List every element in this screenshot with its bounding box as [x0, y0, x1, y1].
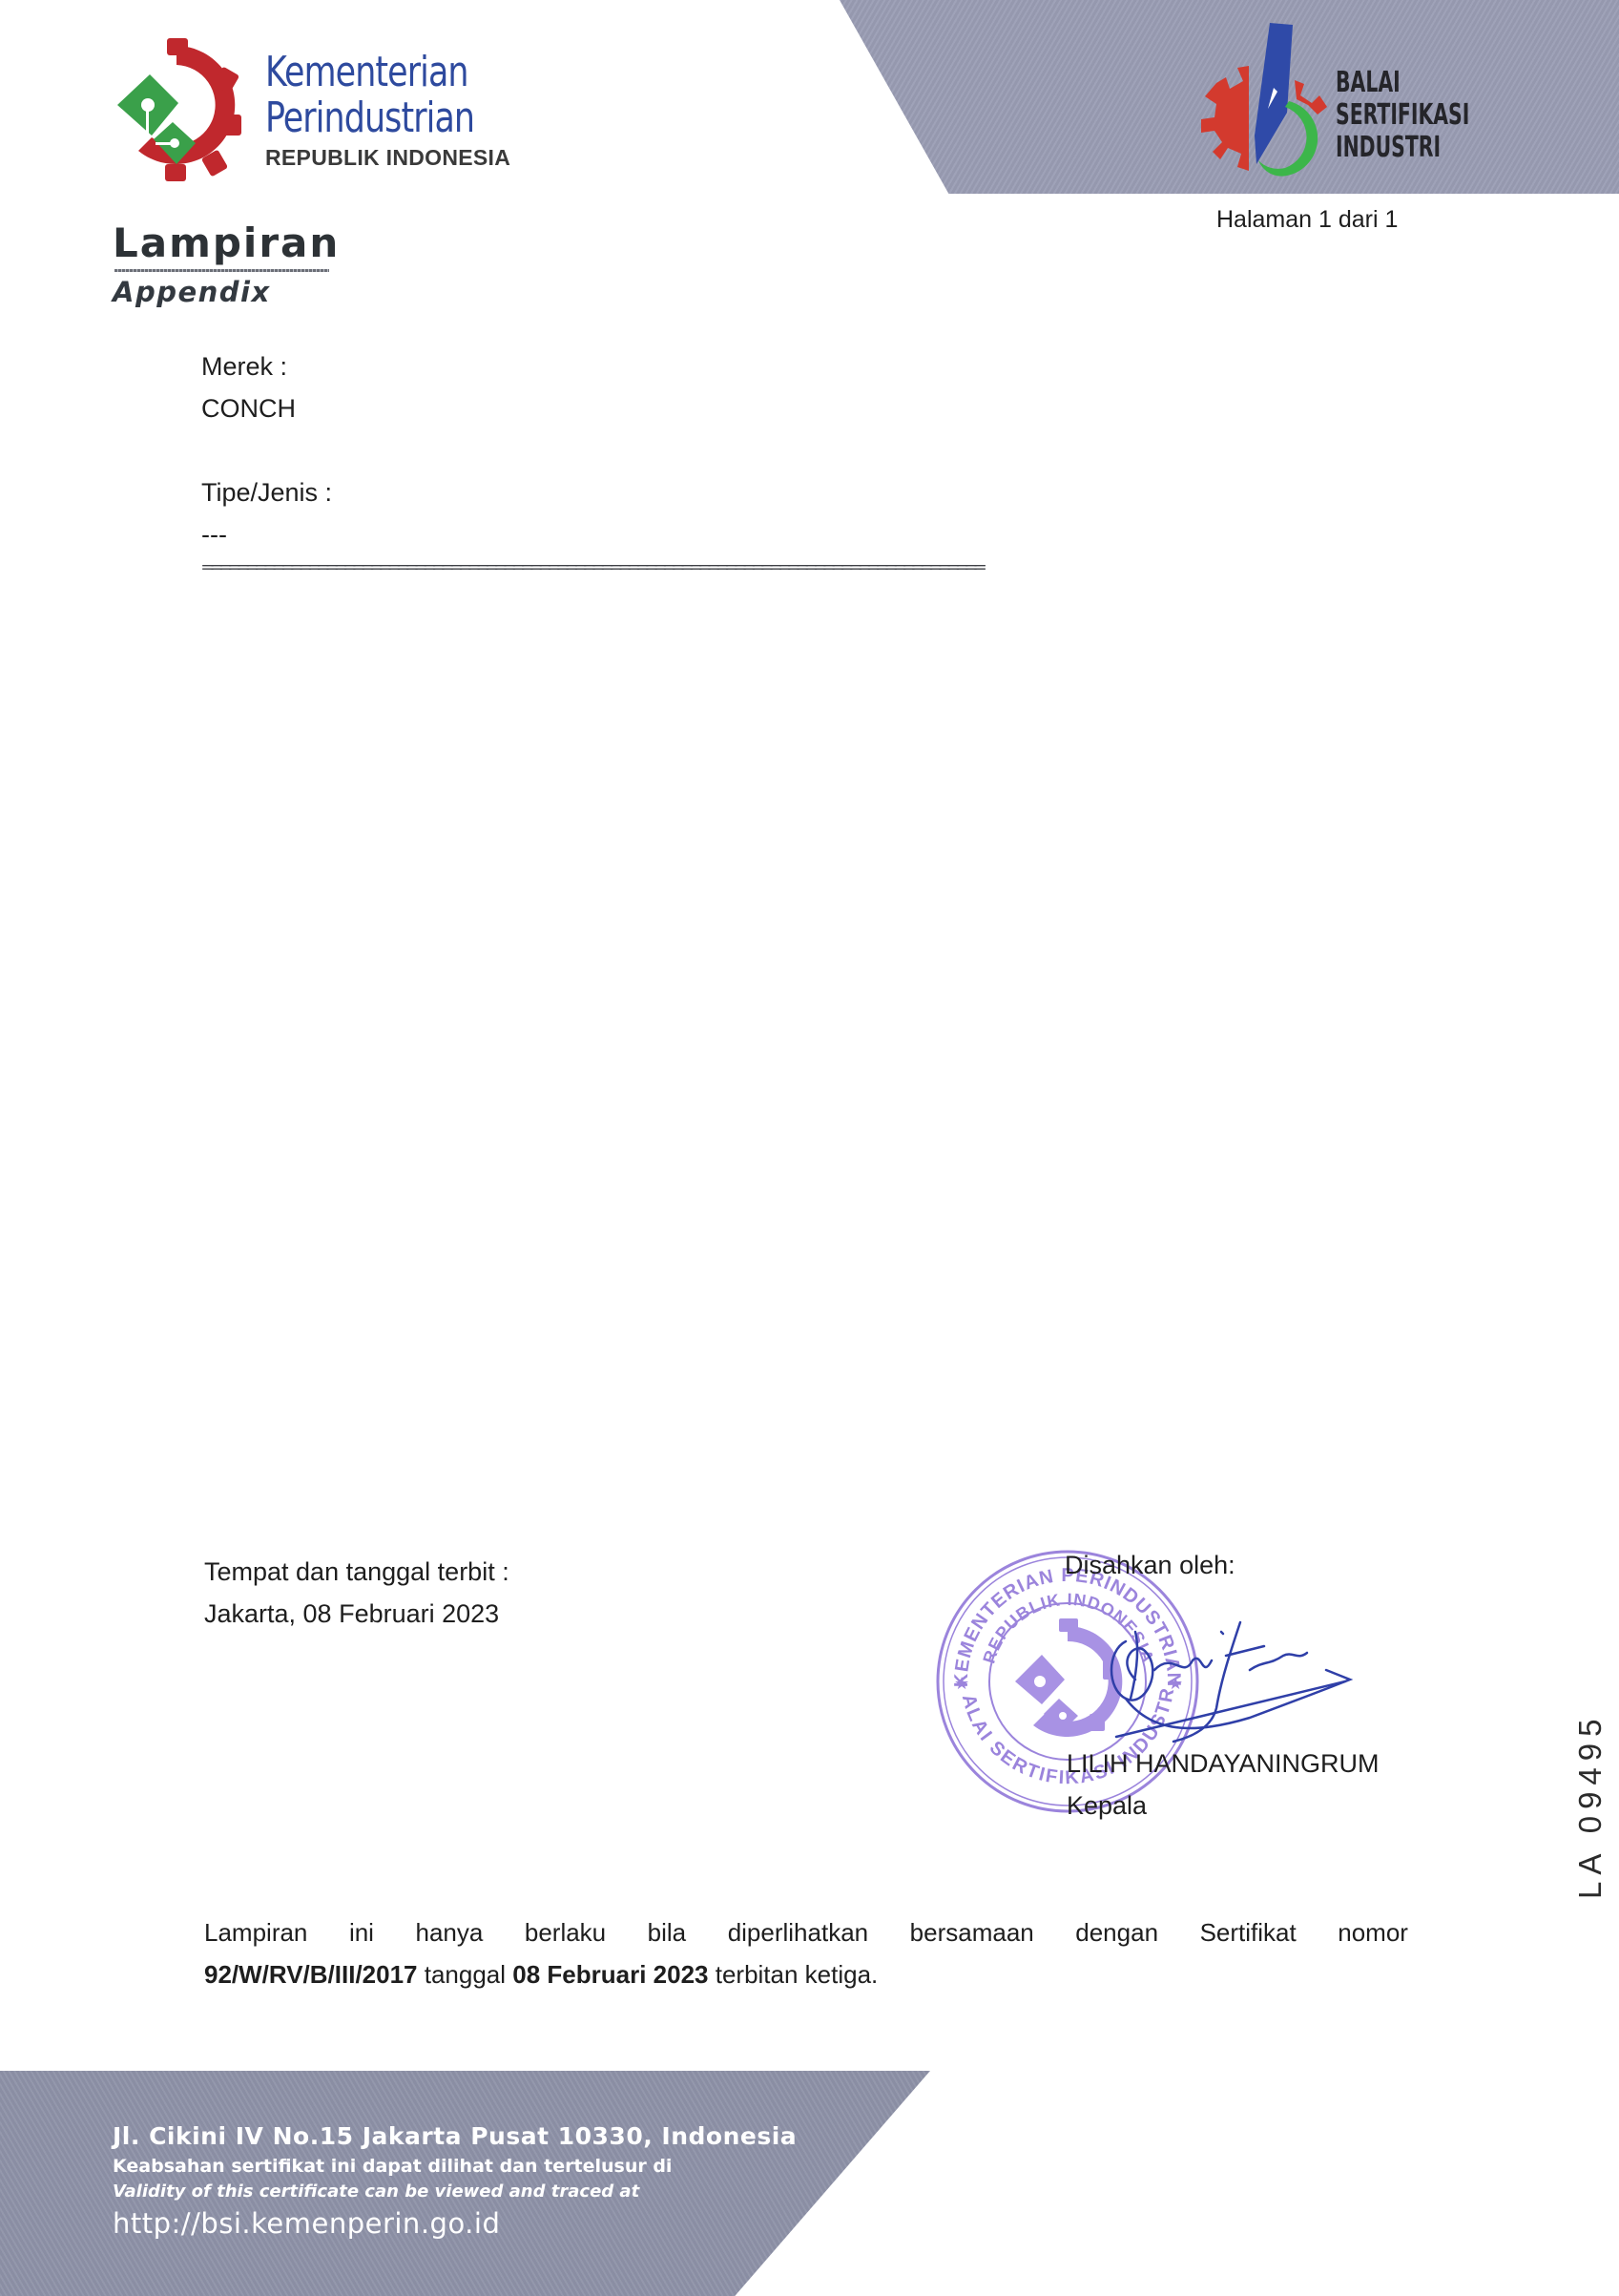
certificate-number: 92/W/RV/B/III/2017 — [204, 1960, 418, 1989]
svg-text:★: ★ — [954, 1674, 969, 1693]
serial-number: LA 09495 — [1572, 1713, 1609, 1899]
institution-name: BALAI SERTIFIKASI INDUSTRI — [1336, 67, 1469, 164]
note-word: bersamaan — [910, 1911, 1034, 1953]
issue-value: Jakarta, 08 Februari 2023 — [204, 1593, 509, 1635]
note-word: Lampiran — [204, 1911, 307, 1953]
institution-name-line1: BALAI — [1336, 67, 1469, 99]
approval-label: Disahkan oleh: — [1065, 1551, 1235, 1580]
note-connector: tanggal — [418, 1960, 513, 1989]
brand-field: Merek : CONCH — [201, 345, 296, 429]
kemenperin-logo-icon — [110, 36, 243, 184]
type-field: Tipe/Jenis : --- — [201, 471, 332, 555]
page-indicator: Halaman 1 dari 1 — [1216, 206, 1398, 234]
note-word: Sertifikat — [1200, 1911, 1297, 1953]
appendix-page: Kementerian Perindustrian REPUBLIK INDON… — [0, 0, 1619, 2296]
ministry-name: Kementerian Perindustrian REPUBLIK INDON… — [265, 50, 510, 171]
footer-validity-en: Validity of this certificate can be view… — [113, 2180, 797, 2204]
footer-address: Jl. Cikini IV No.15 Jakarta Pusat 10330,… — [113, 2120, 797, 2153]
note-word: nomor — [1338, 1911, 1408, 1953]
title-sub: Appendix — [113, 276, 340, 308]
note-line1: Lampiraninihanyaberlakubiladiperlihatkan… — [204, 1911, 1408, 1953]
note-word: dengan — [1075, 1911, 1158, 1953]
brand-label: Merek : — [201, 345, 296, 387]
separator-line: ========================================… — [201, 561, 1380, 575]
note-suffix: terbitan ketiga. — [709, 1960, 879, 1989]
note-word: ini — [349, 1911, 374, 1953]
certificate-date: 08 Februari 2023 — [512, 1960, 708, 1989]
type-label: Tipe/Jenis : — [201, 471, 332, 513]
title-microtext-rule — [114, 269, 329, 272]
note-word: diperlihatkan — [728, 1911, 868, 1953]
ministry-name-line1: Kementerian — [265, 50, 481, 95]
issue-block: Tempat dan tanggal terbit : Jakarta, 08 … — [204, 1551, 509, 1635]
document-title: Lampiran Appendix — [113, 221, 340, 308]
institution-name-line2: SERTIFIKASI — [1336, 99, 1469, 132]
note-word: berlaku — [525, 1911, 606, 1953]
footer-url-link[interactable]: http://bsi.kemenperin.go.id — [113, 2204, 797, 2243]
brand-value: CONCH — [201, 387, 296, 429]
note-word: bila — [648, 1911, 686, 1953]
note-line2: 92/W/RV/B/III/2017 tanggal 08 Februari 2… — [204, 1953, 1408, 1995]
footer-validity-id: Keabsahan sertifikat ini dapat dilihat d… — [113, 2153, 797, 2180]
ministry-name-line2: Perindustrian — [265, 95, 481, 141]
title-main: Lampiran — [113, 221, 340, 265]
footer-info: Jl. Cikini IV No.15 Jakarta Pusat 10330,… — [113, 2120, 797, 2243]
issue-label: Tempat dan tanggal terbit : — [204, 1551, 509, 1593]
signature-icon — [1097, 1613, 1355, 1746]
validity-note: Lampiraninihanyaberlakubiladiperlihatkan… — [204, 1911, 1408, 1995]
type-value: --- — [201, 513, 332, 555]
signer-name: LILIH HANDAYANINGRUM — [1067, 1749, 1380, 1779]
bsi-logo-icon — [1197, 21, 1331, 183]
note-word: hanya — [415, 1911, 483, 1953]
ministry-country: REPUBLIK INDONESIA — [265, 145, 510, 171]
institution-name-line3: INDUSTRI — [1336, 132, 1469, 164]
signer-title: Kepala — [1067, 1791, 1147, 1821]
